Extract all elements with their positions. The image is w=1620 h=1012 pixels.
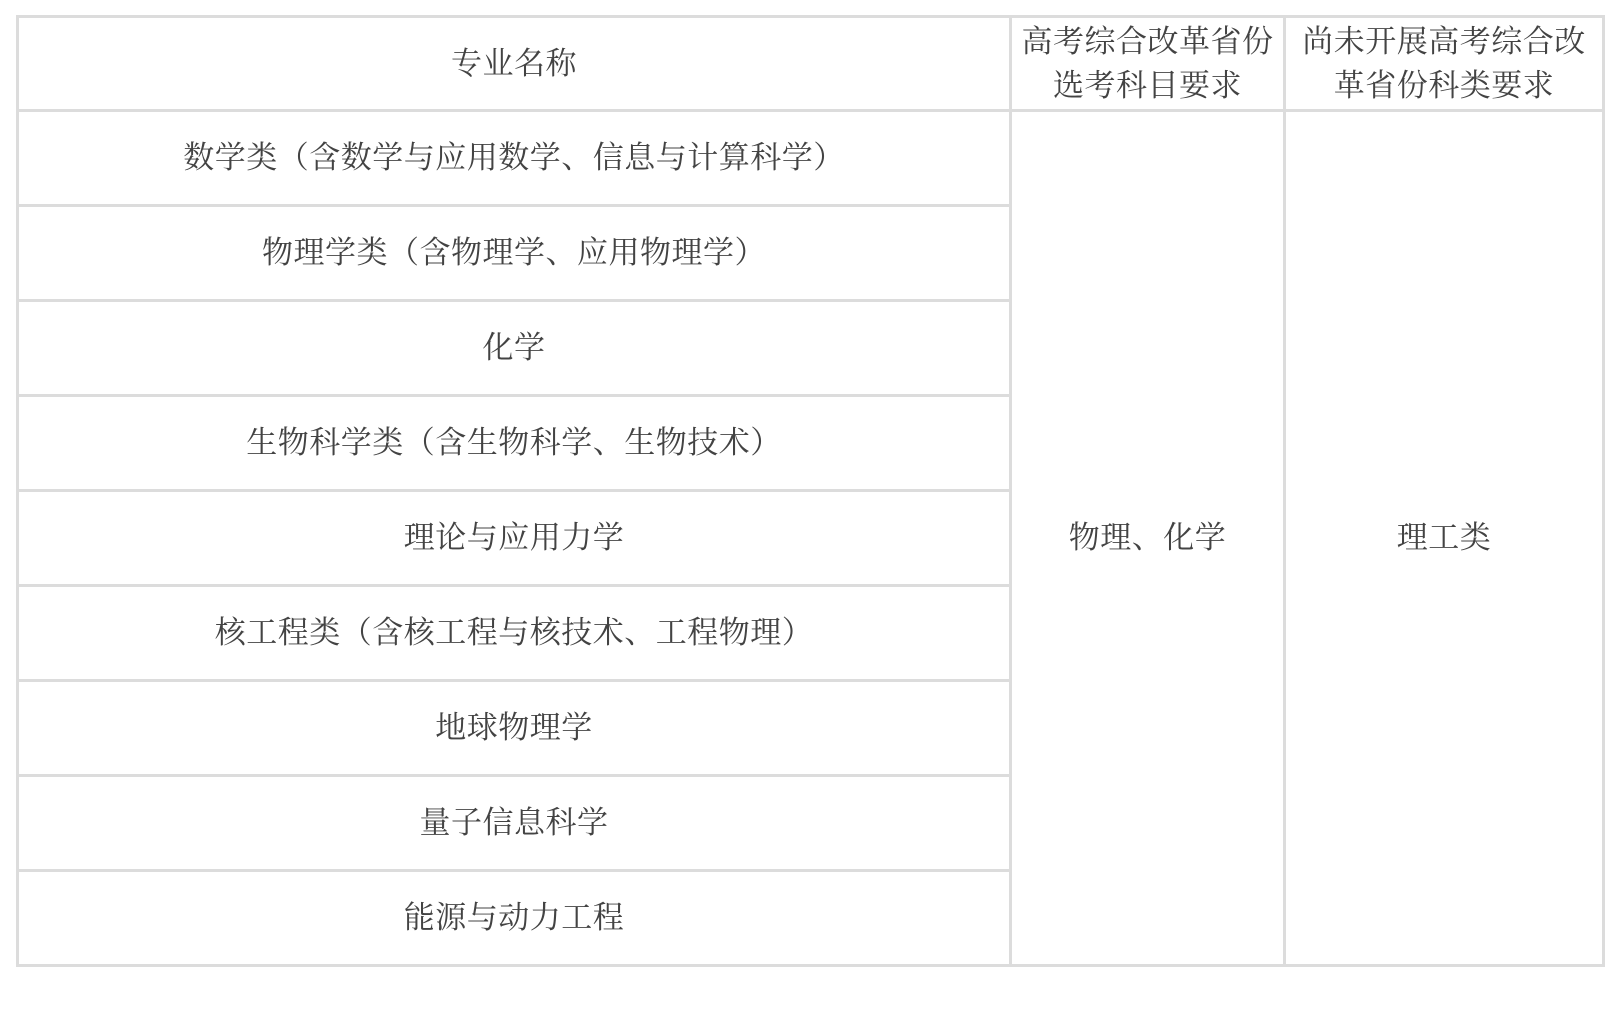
major-cell: 能源与动力工程	[18, 871, 1011, 966]
header-major-name-label: 专业名称	[27, 42, 1001, 85]
header-non-reform-provinces-line2: 革省份科类要求	[1294, 64, 1594, 107]
major-cell: 核工程类（含核工程与核技术、工程物理）	[18, 586, 1011, 681]
major-cell: 数学类（含数学与应用数学、信息与计算科学）	[18, 111, 1011, 206]
category-requirement-cell: 理工类	[1285, 111, 1604, 966]
header-reform-provinces-line1: 高考综合改革省份	[1020, 20, 1275, 63]
page: 专业名称 高考综合改革省份 选考科目要求 尚未开展高考综合改 革省份科类要求 数…	[0, 0, 1620, 1012]
header-row: 专业名称 高考综合改革省份 选考科目要求 尚未开展高考综合改 革省份科类要求	[18, 17, 1604, 111]
header-non-reform-provinces: 尚未开展高考综合改 革省份科类要求	[1285, 17, 1604, 111]
major-cell: 生物科学类（含生物科学、生物技术）	[18, 396, 1011, 491]
major-cell: 地球物理学	[18, 681, 1011, 776]
header-reform-provinces-line2: 选考科目要求	[1020, 64, 1275, 107]
major-cell: 理论与应用力学	[18, 491, 1011, 586]
admission-requirements-table: 专业名称 高考综合改革省份 选考科目要求 尚未开展高考综合改 革省份科类要求 数…	[16, 15, 1605, 967]
major-cell: 量子信息科学	[18, 776, 1011, 871]
subject-selection-requirement-cell: 物理、化学	[1011, 111, 1285, 966]
major-cell: 物理学类（含物理学、应用物理学）	[18, 206, 1011, 301]
header-non-reform-provinces-line1: 尚未开展高考综合改	[1294, 20, 1594, 63]
header-reform-provinces: 高考综合改革省份 选考科目要求	[1011, 17, 1285, 111]
major-cell: 化学	[18, 301, 1011, 396]
table-row: 数学类（含数学与应用数学、信息与计算科学） 物理、化学 理工类	[18, 111, 1604, 206]
header-major-name: 专业名称	[18, 17, 1011, 111]
